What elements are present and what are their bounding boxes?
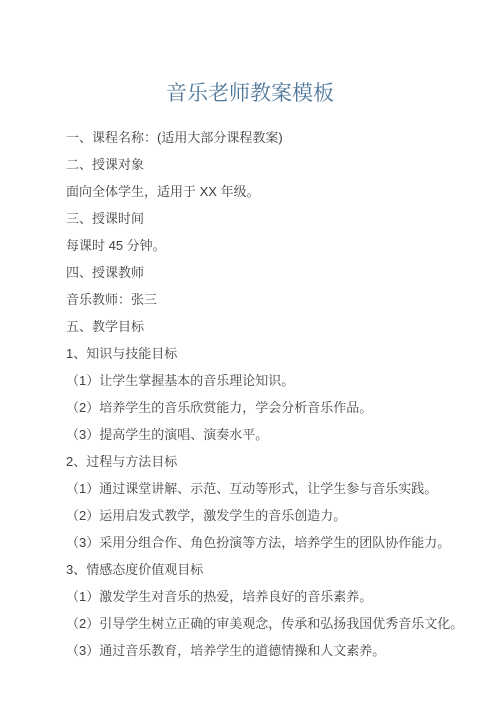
paragraph-line: （3）提高学生的演唱、演奏水平。 (66, 421, 492, 448)
paragraph-line: （3）采用分组合作、角色扮演等方法，培养学生的团队协作能力。 (66, 529, 492, 556)
paragraph-line: （2）引导学生树立正确的审美观念，传承和弘扬我国优秀音乐文化。 (66, 610, 492, 637)
paragraph-line: （1）通过课堂讲解、示范、互动等形式，让学生参与音乐实践。 (66, 475, 492, 502)
paragraph-line: 每课时 45 分钟。 (66, 232, 492, 259)
paragraph-line: 一、课程名称：(适用大部分课程教案) (66, 124, 492, 151)
paragraph-line: 音乐教师：张三 (66, 286, 492, 313)
paragraph-line: 五、教学目标 (66, 313, 492, 340)
paragraph-line: 面向全体学生，适用于 XX 年级。 (66, 178, 492, 205)
paragraph-line: （2）培养学生的音乐欣赏能力，学会分析音乐作品。 (66, 394, 492, 421)
paragraph-line: （1）让学生掌握基本的音乐理论知识。 (66, 367, 492, 394)
paragraph-line: （3）通过音乐教育，培养学生的道德情操和人文素养。 (66, 637, 492, 664)
paragraph-line: 2、过程与方法目标 (66, 448, 492, 475)
paragraph-line: 三、授课时间 (66, 205, 492, 232)
paragraph-line: 四、授课教师 (66, 259, 492, 286)
paragraph-line: （1）激发学生对音乐的热爱，培养良好的音乐素养。 (66, 583, 492, 610)
document-title: 音乐老师教案模板 (0, 0, 500, 108)
paragraph-line: 二、授课对象 (66, 151, 492, 178)
paragraph-line: 3、情感态度价值观目标 (66, 556, 492, 583)
paragraph-line: （2）运用启发式教学，激发学生的音乐创造力。 (66, 502, 492, 529)
document-body: 一、课程名称：(适用大部分课程教案) 二、授课对象 面向全体学生，适用于 XX … (0, 124, 500, 664)
paragraph-line: 1、知识与技能目标 (66, 340, 492, 367)
document-page: 音乐老师教案模板 一、课程名称：(适用大部分课程教案) 二、授课对象 面向全体学… (0, 0, 500, 707)
